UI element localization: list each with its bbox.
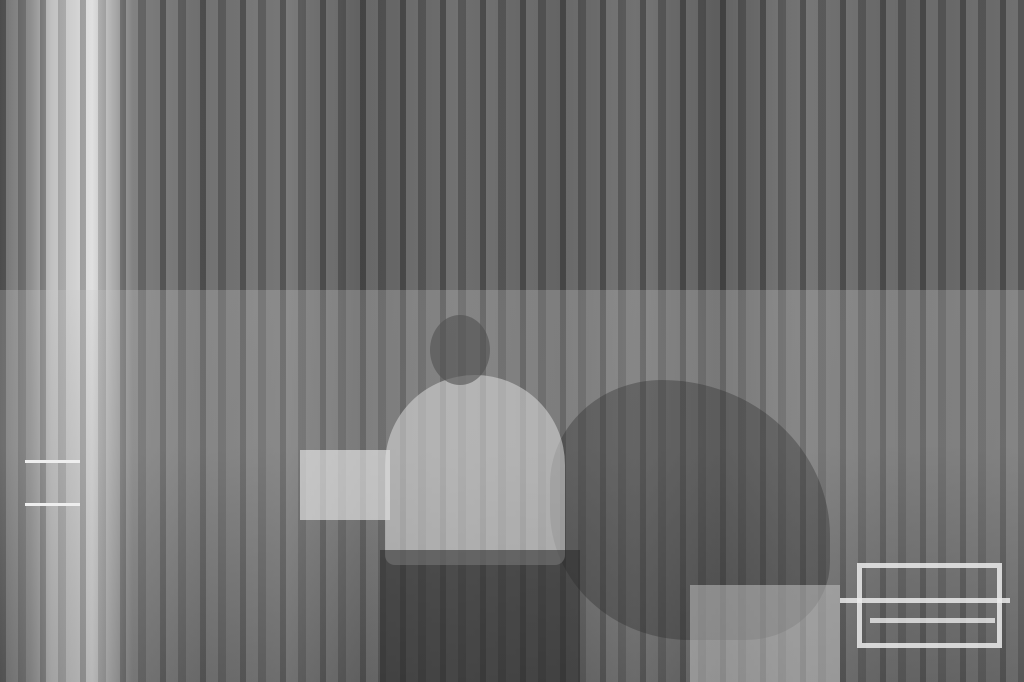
left-marking-lines [25, 460, 80, 506]
frame-crossbar [840, 598, 1010, 603]
person-head [430, 315, 490, 385]
degraded-photograph [0, 0, 1024, 682]
dark-foreground [380, 550, 580, 682]
rectangular-frame-structure [857, 563, 1002, 648]
frame-crossbar-lower [870, 618, 995, 623]
bright-ground-patch [690, 585, 840, 682]
person-silhouette [385, 375, 565, 565]
bright-patch [300, 450, 390, 520]
